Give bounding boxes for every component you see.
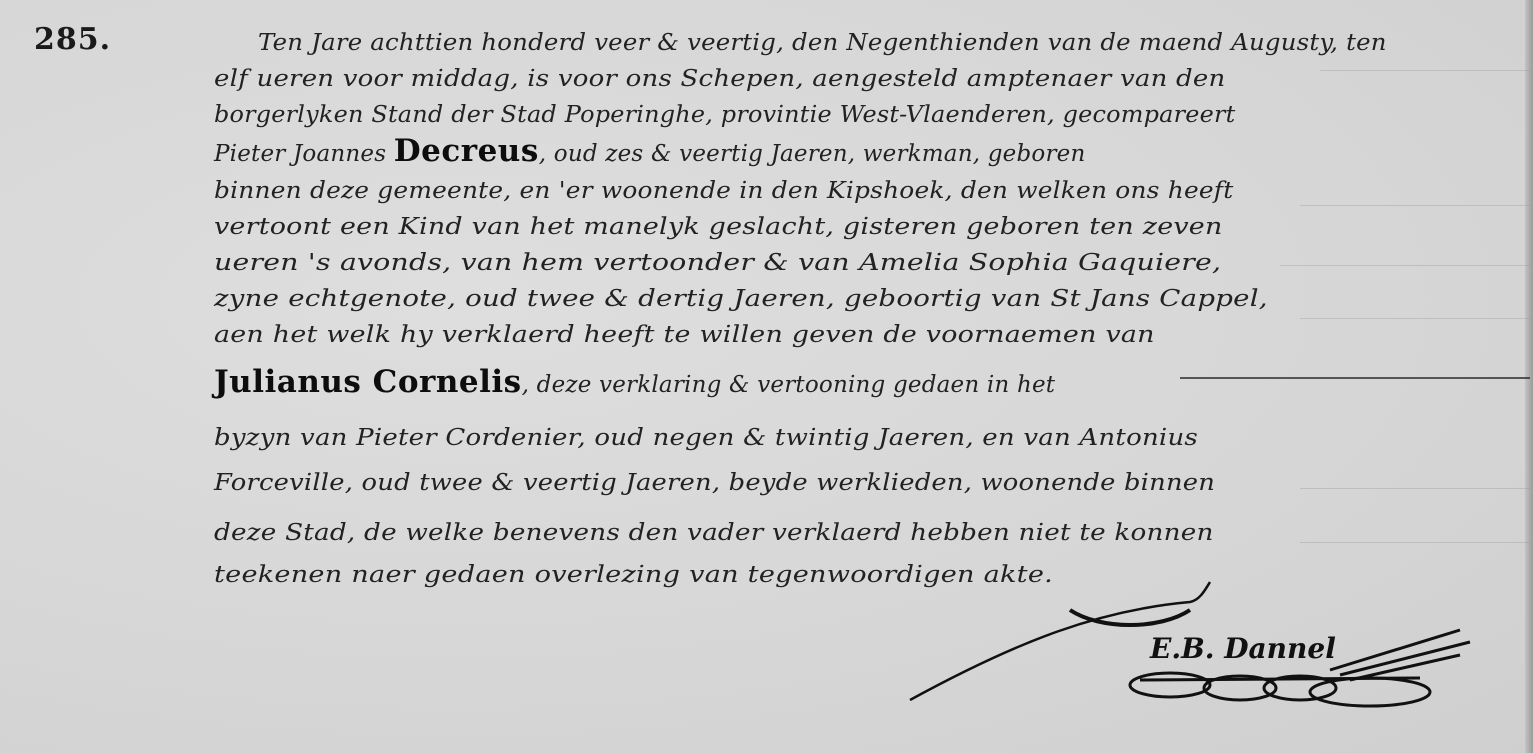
record-line-4: Pieter Joannes Decreus, oud zes & veerti…	[214, 133, 1085, 169]
ruled-line	[1280, 265, 1530, 266]
ruled-line	[1300, 488, 1530, 489]
ruled-line	[1320, 70, 1530, 71]
record-line-8: zyne echtgenote, oud twee & dertig Jaere…	[214, 286, 1268, 312]
record-line-5: binnen deze gemeente, en 'er woonende in…	[214, 178, 1233, 204]
record-line-10-rest: , deze verklaring & vertooning gedaen in…	[522, 372, 1056, 398]
record-line-2: elf ueren voor middag, is voor ons Schep…	[214, 66, 1225, 92]
child-given-names: Julianus Cornelis	[214, 364, 522, 400]
ruled-line	[1300, 318, 1530, 319]
record-number: 285.	[34, 22, 111, 57]
record-line-6: vertoont een Kind van het manelyk geslac…	[214, 214, 1223, 240]
record-line-9: aen het welk hy verklaerd heeft te wille…	[214, 322, 1155, 348]
document-page: 285. Ten Jare achttien honderd veer & ve…	[0, 0, 1533, 753]
ruled-line	[1300, 205, 1530, 206]
record-line-3: borgerlyken Stand der Stad Poperinghe, p…	[214, 102, 1235, 128]
ruled-line	[1300, 542, 1530, 543]
record-line-12: Forceville, oud twee & veertig Jaeren, b…	[214, 470, 1215, 496]
line-filler-stroke	[1180, 377, 1530, 379]
signature-text: E.B. Dannel	[1150, 632, 1336, 665]
record-line-10: Julianus Cornelis, deze verklaring & ver…	[214, 364, 1055, 400]
father-surname: Decreus	[394, 133, 539, 169]
record-line-1: Ten Jare achttien honderd veer & veertig…	[258, 30, 1387, 56]
record-line-7: ueren 's avonds, van hem vertoonder & va…	[214, 250, 1221, 276]
record-line-11: byzyn van Pieter Cordenier, oud negen & …	[214, 425, 1198, 451]
record-line-13: deze Stad, de welke benevens den vader v…	[214, 520, 1214, 546]
signature: E.B. Dannel	[1120, 628, 1450, 718]
father-given-names: Pieter Joannes	[214, 141, 386, 167]
record-line-4-rest: , oud zes & veertig Jaeren, werkman, geb…	[539, 141, 1086, 167]
